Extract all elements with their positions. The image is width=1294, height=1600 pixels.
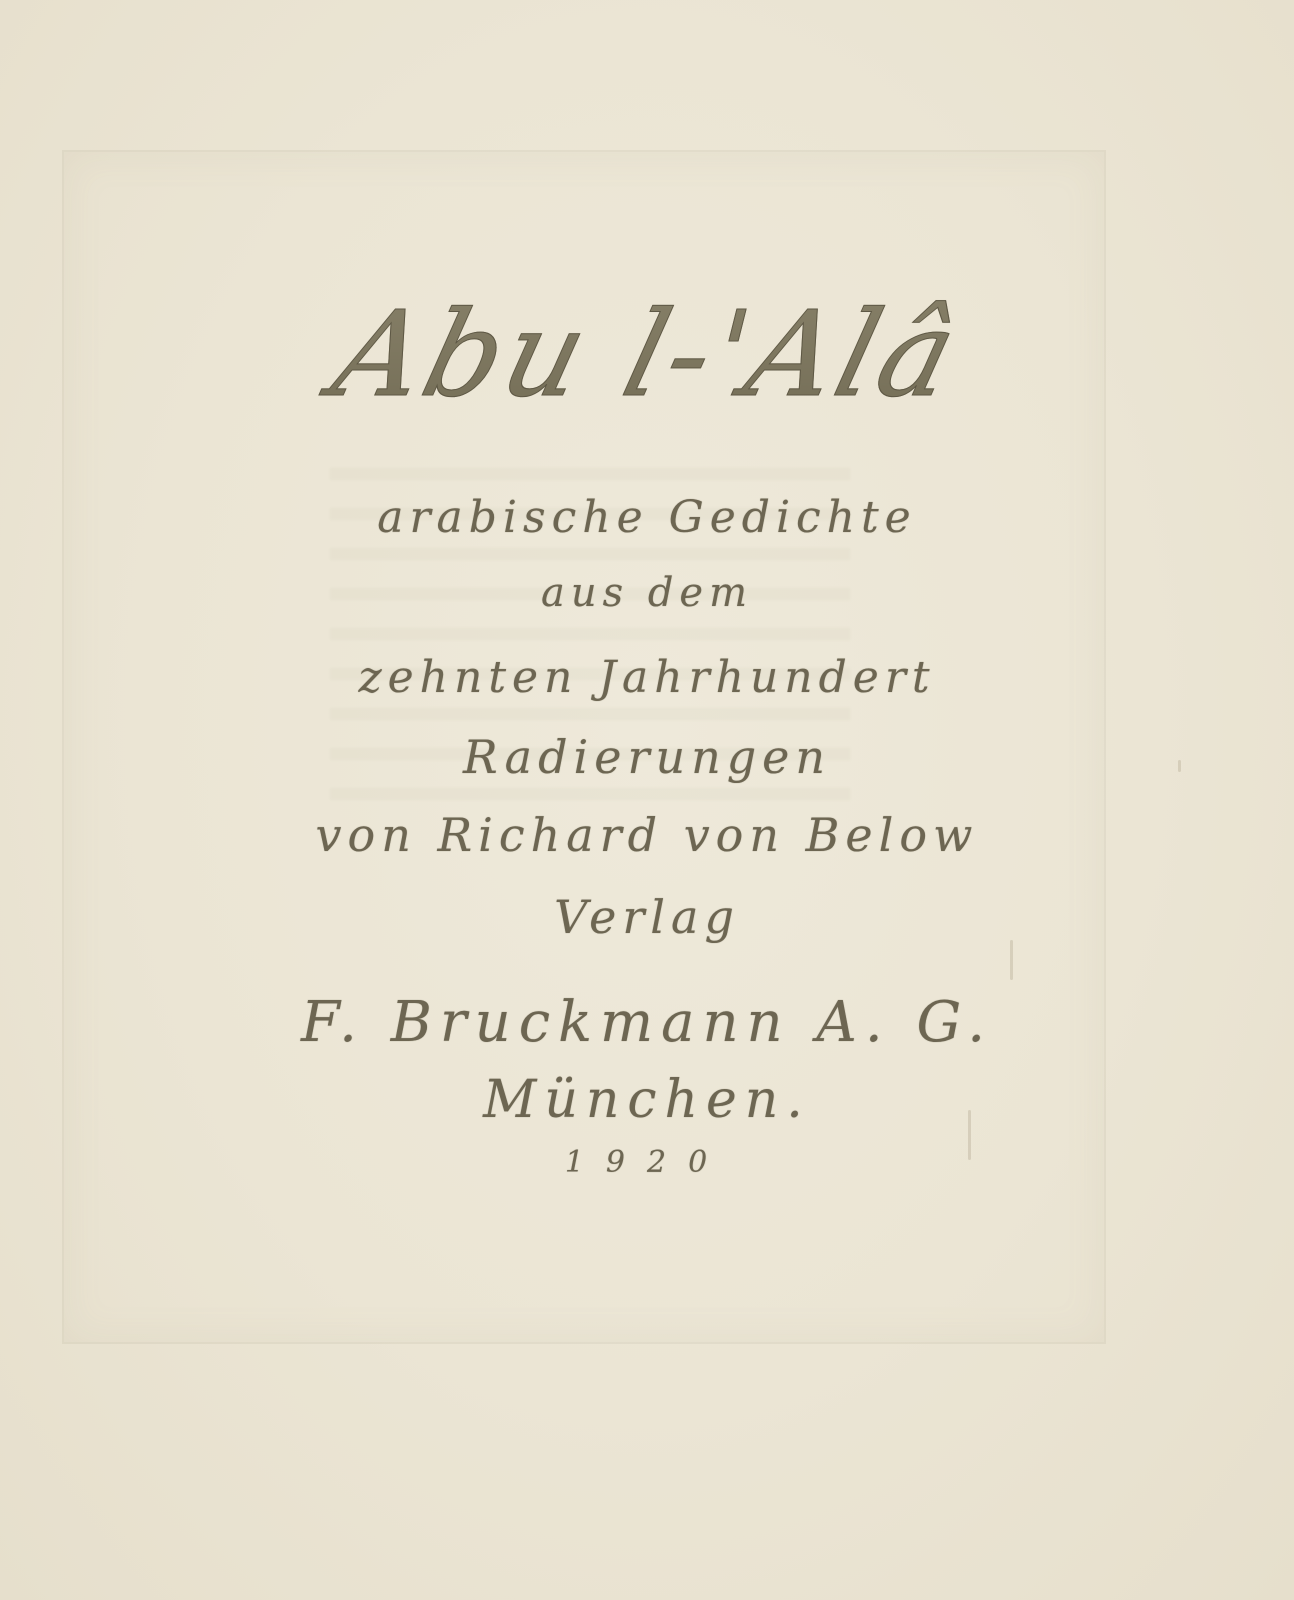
title-block: Abu l-'Alâ arabische Gedichte aus dem ze…	[0, 0, 1294, 1600]
publisher-name: F. Bruckmann A. G.	[0, 990, 1294, 1055]
publication-place: München.	[0, 1070, 1294, 1130]
subtitle-line-1: arabische Gedichte	[0, 492, 1294, 543]
publisher-label: Verlag	[0, 890, 1294, 944]
subtitle-line-3: zehnten Jahrhundert	[0, 652, 1294, 703]
book-title: Abu l-'Alâ	[0, 285, 1294, 423]
illustration-credit-label: Radierungen	[0, 730, 1294, 784]
publication-year: 1920	[0, 1145, 1294, 1180]
artist-name: von Richard von Below	[0, 808, 1294, 862]
subtitle-line-2: aus dem	[0, 570, 1294, 616]
